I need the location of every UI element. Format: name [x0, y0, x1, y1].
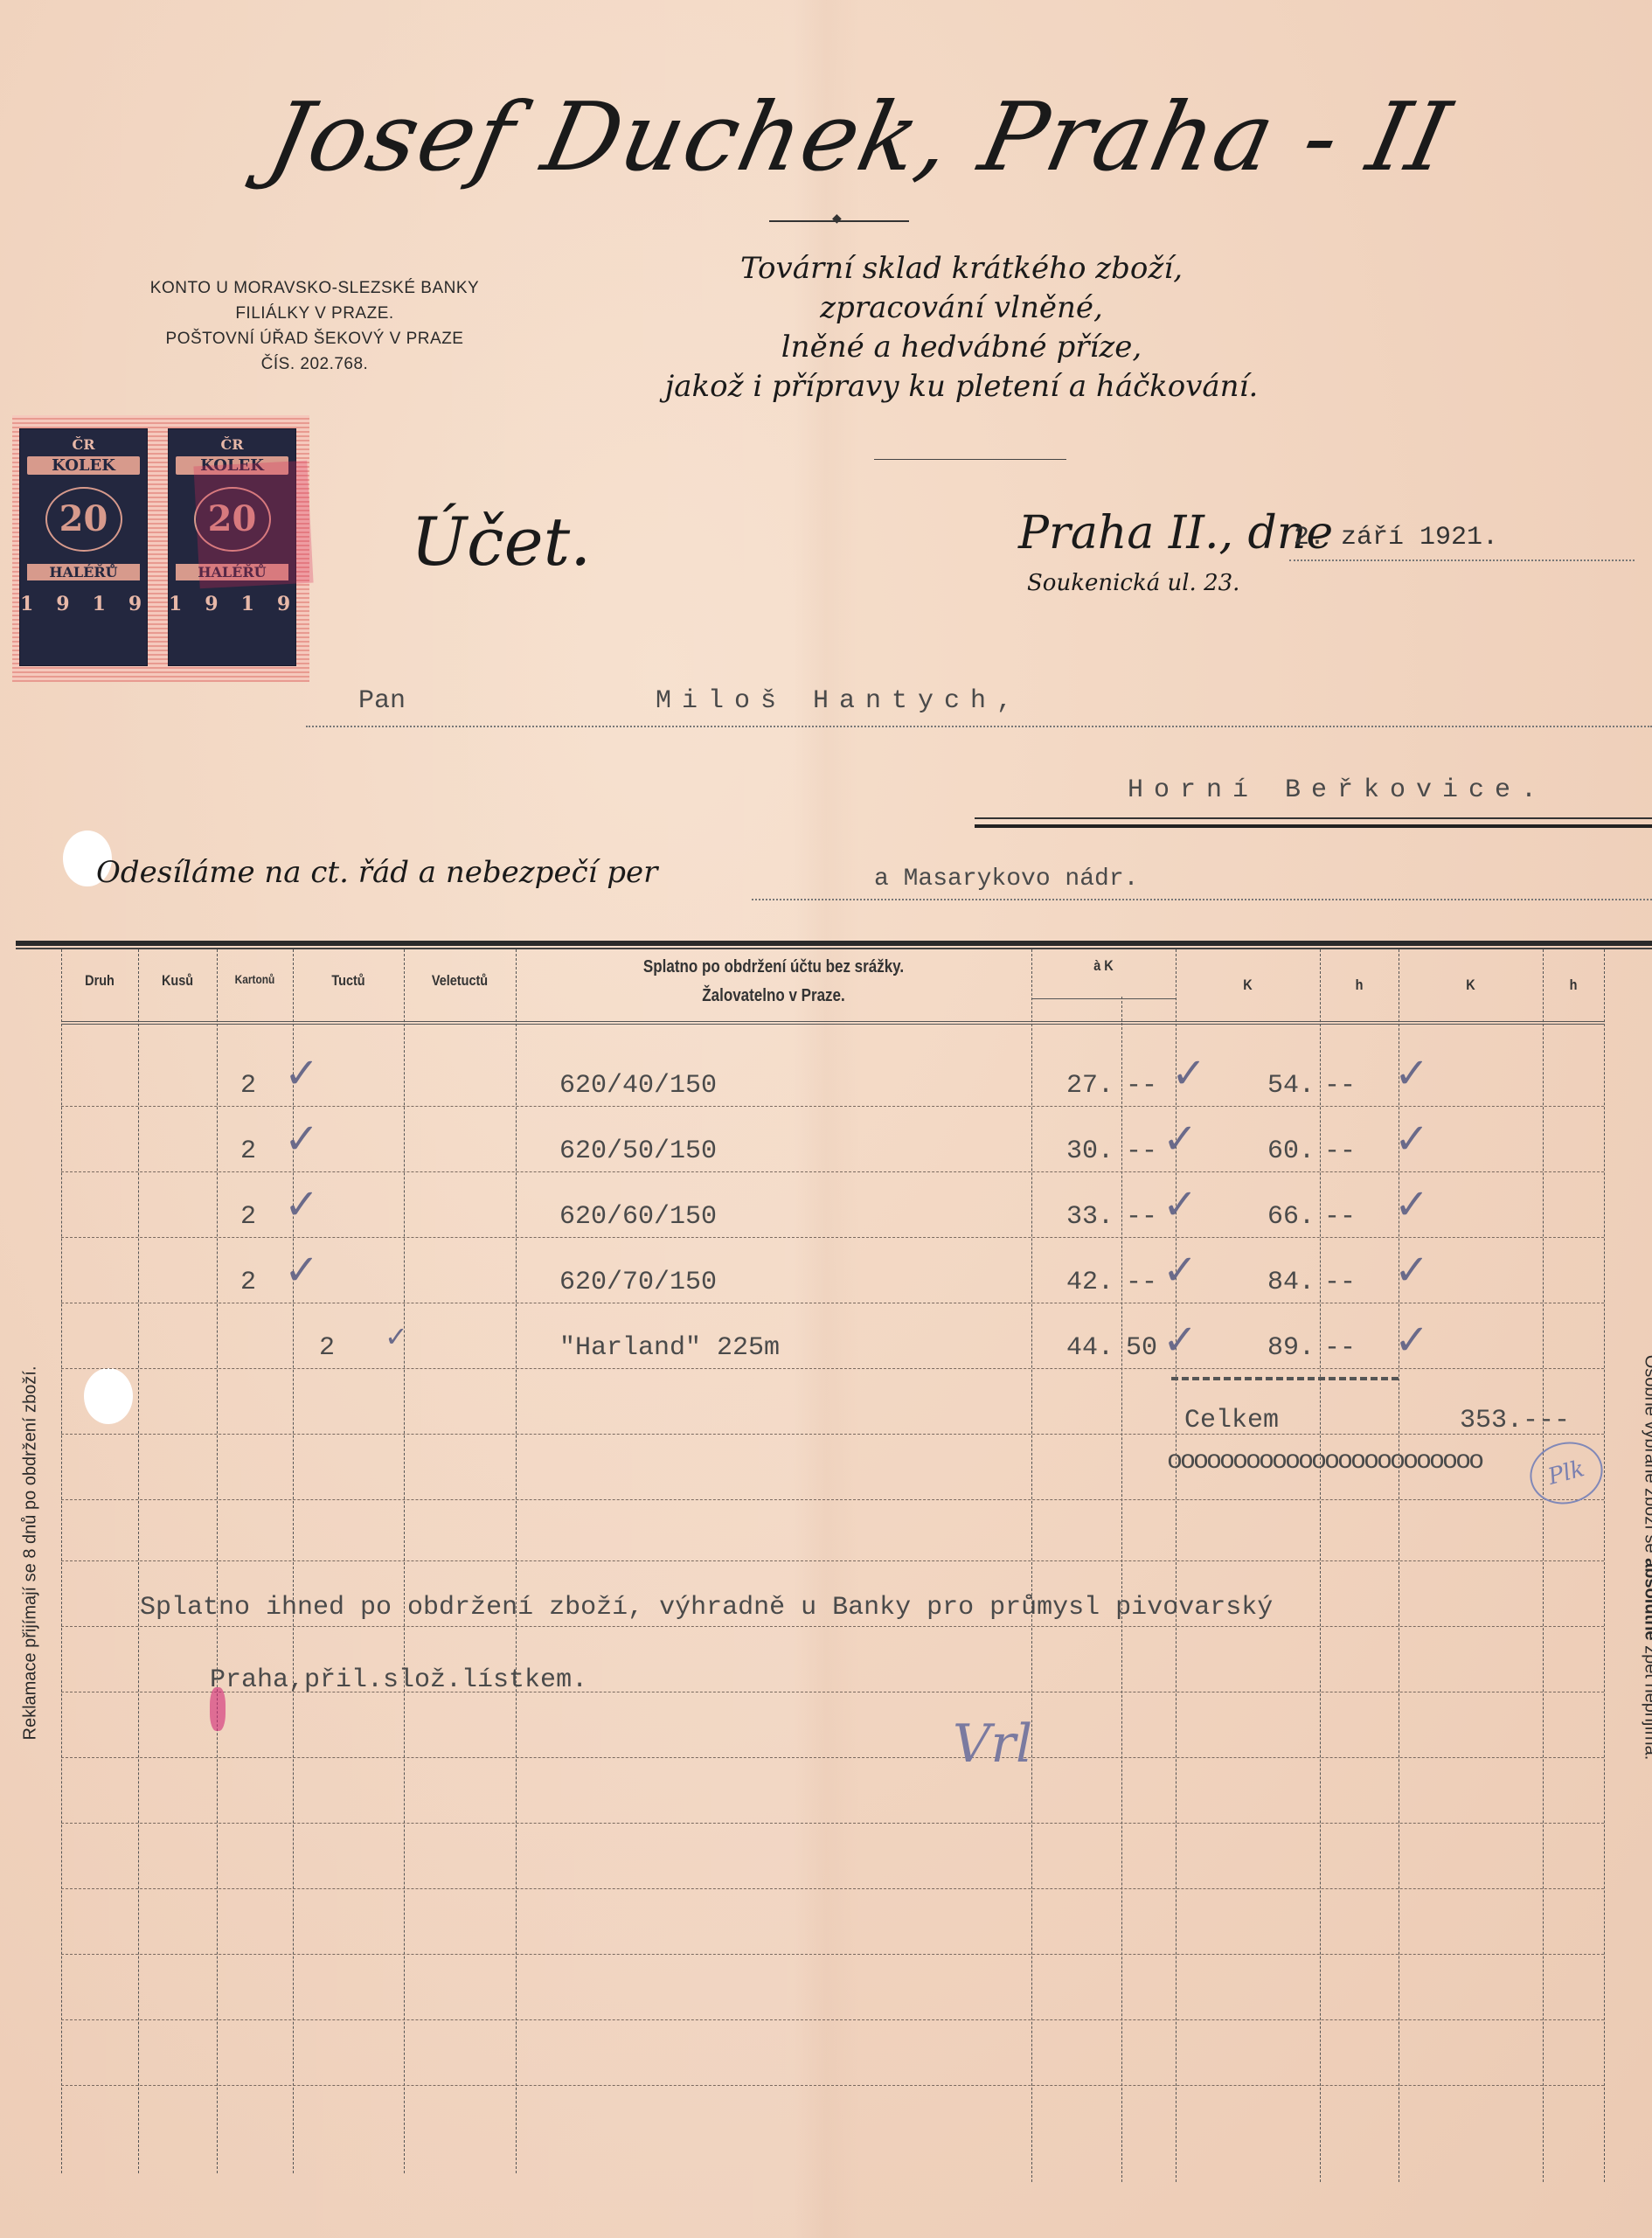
row-line	[61, 1106, 1604, 1107]
recipient-name: Miloš Hantych,	[656, 686, 1023, 716]
header-kartonu: Kartonů	[223, 972, 288, 986]
column-divider	[1121, 997, 1122, 2182]
handwritten-signature: Vrl	[953, 1713, 1032, 1775]
stamp-country: ČR	[169, 436, 295, 453]
check-mark-icon: ✓	[284, 1115, 319, 1164]
right-note-bold: absolutně	[1642, 1558, 1652, 1640]
column-divider	[61, 949, 62, 2173]
street-address: Soukenická ul. 23.	[1027, 570, 1239, 596]
invoice-date: 2. září 1921.	[1294, 523, 1498, 553]
check-mark-icon: ✓	[284, 1180, 319, 1229]
stamp-value: 20	[45, 487, 122, 552]
row-line	[61, 1888, 1604, 1889]
ornament-divider-icon	[769, 214, 909, 228]
shipping-line	[752, 899, 1652, 900]
row4-unit-h: --	[1126, 1268, 1157, 1297]
column-divider	[217, 949, 218, 2173]
row-line	[61, 1560, 1604, 1561]
row2-total-k: 60.	[1267, 1136, 1315, 1166]
row2-unit-h: --	[1126, 1136, 1157, 1166]
stamp-year: 1919	[20, 593, 147, 615]
row5-unit-k: 44.	[1066, 1333, 1114, 1363]
check-mark-icon: ✓	[1394, 1049, 1429, 1098]
row3-kartonu: 2	[240, 1202, 256, 1232]
bank-details: KONTO U MORAVSKO-SLEZSKÉ BANKY FILIÁLKY …	[96, 275, 533, 377]
bank-line: ČÍS. 202.768.	[96, 351, 533, 377]
row4-unit-k: 42.	[1066, 1268, 1114, 1297]
right-margin-note: Osobně vybrané zboží se absolutně zpět n…	[1641, 1278, 1652, 1838]
check-mark-icon: ✓	[1171, 1049, 1206, 1098]
header-k1: K	[1186, 977, 1308, 994]
stamp-label: KOLEK	[27, 456, 140, 475]
row3-total-h: --	[1324, 1202, 1356, 1232]
row5-tuctu: 2	[319, 1333, 335, 1363]
shipping-value: a Masarykovo nádr.	[874, 865, 1138, 893]
row-line	[61, 1954, 1604, 1955]
header-terms-2: Žalovatelno v Praze.	[554, 986, 993, 1006]
column-divider	[1031, 949, 1032, 2182]
row1-total-k: 54.	[1267, 1071, 1315, 1101]
shipping-label: Odesíláme na ct. řád a nebezpečí per	[96, 855, 657, 890]
left-margin-note: Reklamace přijímají se 8 dnů po obdržení…	[21, 1274, 41, 1833]
place-label: Praha II., dne	[1018, 507, 1333, 559]
column-divider	[138, 949, 139, 2173]
total-value: 353.---	[1460, 1406, 1570, 1435]
column-divider	[1320, 949, 1321, 2182]
row2-description: 620/50/150	[559, 1136, 717, 1166]
header-druh: Druh	[67, 972, 133, 990]
row2-unit-k: 30.	[1066, 1136, 1114, 1166]
header-kusu: Kusů	[144, 972, 212, 990]
check-mark-icon: ✓	[284, 1049, 319, 1098]
unit-price-divider	[1031, 998, 1176, 999]
right-note-part: zpět nepřijímá.	[1642, 1641, 1652, 1761]
bank-line: KONTO U MORAVSKO-SLEZSKÉ BANKY	[96, 275, 533, 301]
row-line	[61, 1757, 1604, 1758]
row3-description: 620/60/150	[559, 1202, 717, 1232]
recipient-city: Horní Beřkovice.	[1128, 775, 1547, 805]
check-mark-icon: ✓	[1163, 1180, 1197, 1229]
business-tagline: Tovární sklad krátkého zboží, zpracování…	[542, 249, 1381, 407]
tagline-line: Tovární sklad krátkého zboží,	[542, 249, 1381, 288]
tagline-line: jakož i přípravy ku pletení a háčkování.	[542, 367, 1381, 407]
row5-description: "Harland" 225m	[559, 1333, 780, 1363]
row3-unit-k: 33.	[1066, 1202, 1114, 1232]
row-line	[61, 1171, 1604, 1172]
stamp-year: 1919	[169, 593, 295, 615]
stamp-country: ČR	[20, 436, 147, 453]
row3-total-k: 66.	[1267, 1202, 1315, 1232]
header-k2: K	[1409, 977, 1531, 994]
row-line	[61, 1823, 1604, 1824]
payment-note-2: Praha,přil.slož.lístkem.	[210, 1665, 587, 1695]
revenue-stamp: ČR KOLEK 20 HALÉŘŮ 1919	[19, 428, 148, 666]
table-top-rule	[16, 948, 1652, 949]
bank-line: POŠTOVNÍ ÚŘAD ŠEKOVÝ V PRAZE	[96, 326, 533, 351]
row4-total-k: 84.	[1267, 1268, 1315, 1297]
check-mark-icon: ✓	[1394, 1115, 1429, 1164]
document-title: Účet.	[411, 503, 591, 580]
table-top-rule	[16, 941, 1652, 946]
row5-total-k: 89.	[1267, 1333, 1315, 1363]
row5-total-h: --	[1324, 1333, 1356, 1363]
check-mark-icon: ✓	[1163, 1316, 1197, 1365]
row-line	[61, 2019, 1604, 2020]
row2-total-h: --	[1324, 1136, 1356, 1166]
bank-line: FILIÁLKY V PRAZE.	[96, 301, 533, 326]
recipient-salutation: Pan	[358, 686, 406, 716]
handwritten-initials: Plk	[1523, 1434, 1609, 1512]
recipient-line	[306, 726, 1652, 727]
check-mark-icon: ✓	[1394, 1316, 1429, 1365]
row4-description: 620/70/150	[559, 1268, 717, 1297]
column-divider	[404, 949, 405, 2173]
row-line	[61, 1368, 1604, 1369]
column-divider	[1604, 949, 1605, 2182]
row-line	[61, 1237, 1604, 1238]
row3-unit-h: --	[1126, 1202, 1157, 1232]
row2-kartonu: 2	[240, 1136, 256, 1166]
row-line	[61, 2085, 1604, 2086]
tagline-line: lněné a hedvábné příze,	[542, 328, 1381, 367]
check-mark-icon: ✓	[1394, 1246, 1429, 1295]
row1-kartonu: 2	[240, 1071, 256, 1101]
row1-description: 620/40/150	[559, 1071, 717, 1101]
check-mark-icon: ✓	[284, 1246, 319, 1295]
row-line	[61, 1499, 1604, 1500]
row1-unit-h: --	[1126, 1071, 1157, 1101]
check-mark-icon: ✓	[1163, 1115, 1197, 1164]
cancellation-mark	[193, 461, 313, 589]
total-underline: oooooooooooooooooooooooo	[1167, 1447, 1482, 1477]
ornament-rule	[874, 459, 1066, 460]
header-bottom-rule	[61, 1021, 1604, 1025]
city-rule	[975, 817, 1652, 828]
header-h1: h	[1326, 977, 1393, 994]
tagline-line: zpracování vlněné,	[542, 288, 1381, 328]
ink-blot	[210, 1687, 226, 1731]
header-terms-1: Splatno po obdržení účtu bez srážky.	[554, 957, 993, 977]
row4-total-h: --	[1324, 1268, 1356, 1297]
row5-unit-h: 50	[1126, 1333, 1157, 1363]
header-tuctu: Tuctů	[302, 972, 396, 990]
row1-total-h: --	[1324, 1071, 1356, 1101]
check-mark-icon: ✓	[1163, 1246, 1197, 1295]
punch-hole	[84, 1368, 133, 1424]
row-line	[61, 1434, 1604, 1435]
header-h2: h	[1547, 977, 1600, 994]
row-line	[61, 1303, 1604, 1303]
stamp-unit: HALÉŘŮ	[27, 564, 140, 580]
payment-note-1: Splatno ihned po obdržení zboží, výhradn…	[140, 1593, 1273, 1623]
subtotal-rule	[1171, 1377, 1399, 1380]
row4-kartonu: 2	[240, 1268, 256, 1297]
right-note-part: Osobně vybrané zboží se	[1642, 1355, 1652, 1558]
date-line	[1289, 559, 1635, 561]
check-mark-icon: ✓	[385, 1320, 408, 1353]
column-divider	[516, 949, 517, 2173]
header-unit-price: à K	[1042, 957, 1164, 975]
header-veletuctu: Veletuctů	[413, 972, 508, 990]
row-line	[61, 1626, 1604, 1627]
column-divider	[1543, 949, 1544, 2182]
company-name: Josef Duchek, Praha - II	[260, 83, 1461, 192]
row1-unit-k: 27.	[1066, 1071, 1114, 1101]
check-mark-icon: ✓	[1394, 1180, 1429, 1229]
total-label: Celkem	[1184, 1406, 1279, 1435]
